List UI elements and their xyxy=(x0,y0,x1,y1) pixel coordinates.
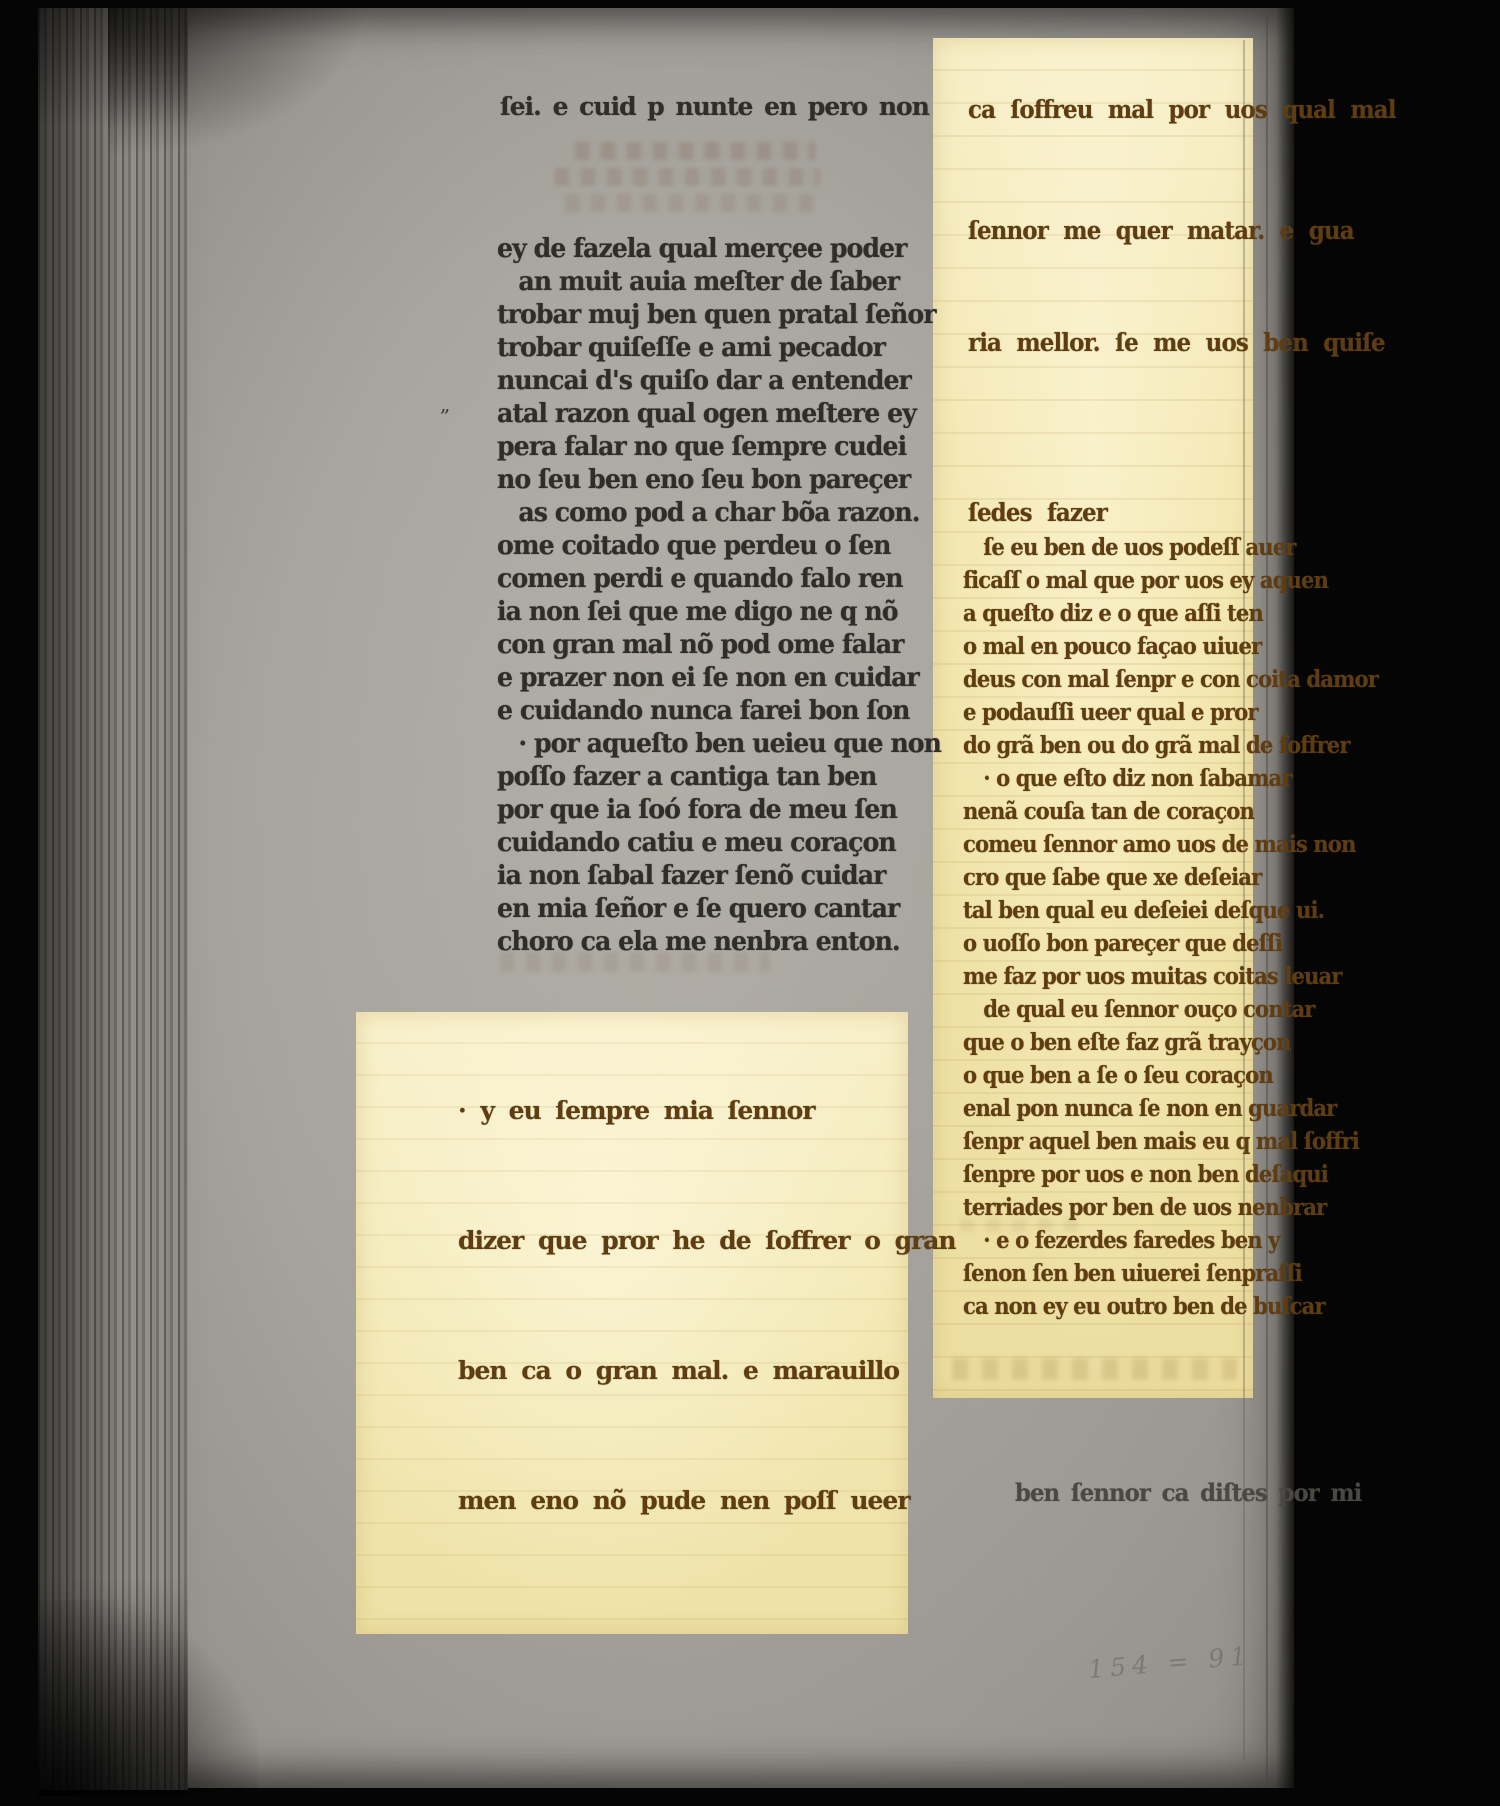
manuscript-text-line: · o que eſto diz non ſabamar xyxy=(963,765,1232,798)
manuscript-text-line: enal pon nunca ſe non en guardar xyxy=(963,1095,1232,1128)
manuscript-text-line: tal ben qual eu deſeiei deſque ui. xyxy=(963,897,1232,930)
manuscript-text-line: choro ca ela me nenbra enton. xyxy=(497,927,929,960)
manuscript-text-line: e podauſſi ueer qual e pror xyxy=(963,699,1232,732)
manuscript-text-line: do grã ben ou do grã mal de ſoffrer xyxy=(963,732,1232,765)
manuscript-text-line: trobar quiſeſſe e ami pecador xyxy=(497,333,929,366)
manuscript-text-line: trobar muj ben quen pratal ſeñor xyxy=(497,300,929,333)
manuscript-text-line: pera falar no que ſempre cudei xyxy=(497,432,929,465)
left-column-header-line: ſei. e cuid p nunte en pero non xyxy=(500,92,929,121)
manuscript-text-line: cro que ſabe que xe deſeiar xyxy=(963,864,1232,897)
manuscript-text-line: · e o fezerdes faredes ben y xyxy=(963,1227,1232,1260)
right-column-verse-block: ſe eu ben de uos podeſſ auerficaſſ o mal… xyxy=(963,534,1255,1326)
manuscript-text-line: no ſeu ben eno ſeu bon pareçer xyxy=(497,465,929,498)
manuscript-text-line: terriades por ben de uos nenbrar xyxy=(963,1194,1232,1227)
bottom-left-shadow xyxy=(38,1600,258,1796)
manuscript-text-line: an muit auia meſter de ſaber xyxy=(497,267,929,300)
manuscript-text-line: de qual eu ſennor ouço contar xyxy=(963,996,1232,1029)
manuscript-text-line: que o ben eſte faz grã trayçon xyxy=(963,1029,1232,1062)
manuscript-text-line: comeu ſennor amo uos de mais non xyxy=(963,831,1232,864)
bleed-through-ghost xyxy=(555,168,820,186)
manuscript-text-line: ſenon ſen ben uiuerei ſenpraſſi xyxy=(963,1260,1232,1293)
manuscript-text-line: e cuidando nunca farei bon ſon xyxy=(497,696,929,729)
manuscript-text-line: deus con mal ſenpr e con coita damor xyxy=(963,666,1232,699)
bleed-through-ghost xyxy=(952,1358,1237,1380)
left-footer-line-3: ben ca o gran mal. e marauillo xyxy=(458,1356,918,1385)
manuscript-text-line: o mal en pouco façao uiuer xyxy=(963,633,1232,666)
manuscript-text-line: ſenpr aquel ben mais eu q mal ſoffri xyxy=(963,1128,1232,1161)
top-left-shadow xyxy=(108,8,368,158)
manuscript-text-line: comen perdi e quando falo ren xyxy=(497,564,929,597)
left-footer-line-2: dizer que pror he de ſoffrer o gran xyxy=(458,1226,918,1255)
left-column-verse-block: ey de fazela qual merçee poderan muit au… xyxy=(497,234,942,960)
manuscript-text-line: · por aqueſto ben ueieu que non xyxy=(497,729,929,762)
bleed-through-ghost xyxy=(565,194,815,212)
right-column-footer-line: ben ſennor ca diſtes por mi xyxy=(1015,1478,1361,1507)
manuscript-text-line: cuidando catiu e meu coraçon xyxy=(497,828,929,861)
manuscript-text-line: o uoſſo bon pareçer que deſſi xyxy=(963,930,1232,963)
manuscript-text-line: ſe eu ben de uos podeſſ auer xyxy=(963,534,1232,567)
manuscript-text-line: ome coitado que perdeu o ſen xyxy=(497,531,929,564)
manuscript-text-line: e prazer non ei ſe non en cuidar xyxy=(497,663,929,696)
manuscript-photo: ſei. e cuid p nunte en pero non „ ey de … xyxy=(0,0,1500,1806)
right-spaced-line-2: ſennor me quer matar. e gua xyxy=(968,216,1354,245)
manuscript-text-line: en mia ſeñor e ſe quero cantar xyxy=(497,894,929,927)
right-spaced-line-4: ſedes fazer xyxy=(968,498,1107,527)
margin-mark: „ xyxy=(440,392,450,416)
left-footer-line-4: men eno nõ pude nen poſſ ueer xyxy=(458,1486,918,1515)
manuscript-text-line: a queſto diz e o que aſſi ten xyxy=(963,600,1232,633)
manuscript-text-line: ey de fazela qual merçee poder xyxy=(497,234,929,267)
left-footer-line-1: · y eu ſempre mia ſennor xyxy=(458,1096,918,1125)
manuscript-text-line: me faz por uos muitas coitas leuar xyxy=(963,963,1232,996)
manuscript-text-line: nuncai d's quiſo dar a entender xyxy=(497,366,929,399)
manuscript-text-line: ia non ſei que me digo ne q nõ xyxy=(497,597,929,630)
manuscript-text-line: ficaſſ o mal que por uos ey aquen xyxy=(963,567,1232,600)
manuscript-text-line: ca non ey eu outro ben de buſcar xyxy=(963,1293,1232,1326)
manuscript-text-line: poſſo fazer a cantiga tan ben xyxy=(497,762,929,795)
right-spaced-line-3: ria mellor. ſe me uos ben quiſe xyxy=(968,328,1385,357)
spine-shadow xyxy=(38,8,188,1790)
manuscript-text-line: atal razon qual ogen meſtere ey xyxy=(497,399,929,432)
manuscript-text-line: ia non ſabal fazer ſenõ cuidar xyxy=(497,861,929,894)
manuscript-text-line: nenã couſa tan de coraçon xyxy=(963,798,1232,831)
bleed-through-ghost xyxy=(575,142,815,160)
manuscript-text-line: o que ben a ſe o ſeu coraçon xyxy=(963,1062,1232,1095)
manuscript-text-line: ſenpre por uos e non ben deſaqui xyxy=(963,1161,1232,1194)
right-spaced-line-1: ca ſoffreu mal por uos qual mal xyxy=(968,95,1396,124)
manuscript-text-line: con gran mal nõ pod ome falar xyxy=(497,630,929,663)
manuscript-text-line: por que ia ſoó fora de meu ſen xyxy=(497,795,929,828)
manuscript-text-line: as como pod a char bõa razon. xyxy=(497,498,929,531)
